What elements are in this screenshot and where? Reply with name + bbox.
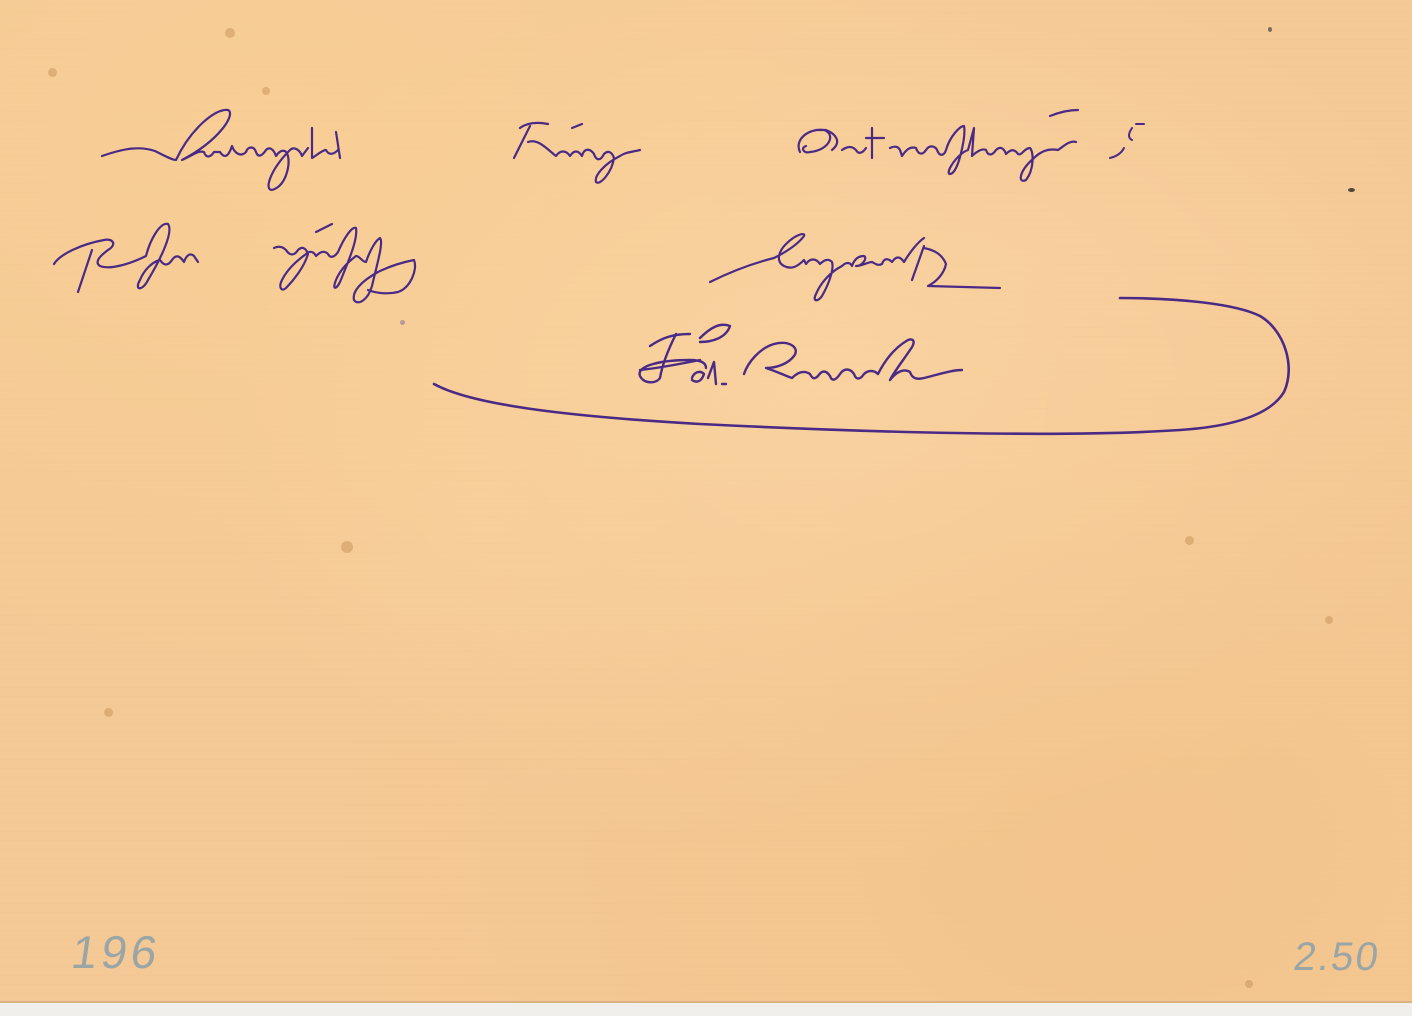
postcard: Verlangtes „Kurze Betrachtungen“ erhalte… xyxy=(0,0,1412,1003)
pencil-note-price: 2.50 xyxy=(1291,935,1383,980)
word-betrachtungen xyxy=(799,110,1078,181)
word-erhalten-tail xyxy=(78,250,92,292)
word-dankend xyxy=(274,224,415,302)
word-verlangtes xyxy=(102,110,340,190)
signature-fel xyxy=(640,325,730,384)
handwriting-ink xyxy=(0,0,1412,1003)
quote-mark xyxy=(1110,124,1144,158)
word-ergebenst xyxy=(710,234,1000,300)
scan-border xyxy=(0,1003,1412,1016)
signature-rauch xyxy=(744,339,962,380)
word-erhalten xyxy=(54,224,198,288)
word-kurze xyxy=(514,123,640,183)
pencil-note-inventory-number: 196 xyxy=(68,925,164,979)
signature-flourish xyxy=(434,298,1289,434)
